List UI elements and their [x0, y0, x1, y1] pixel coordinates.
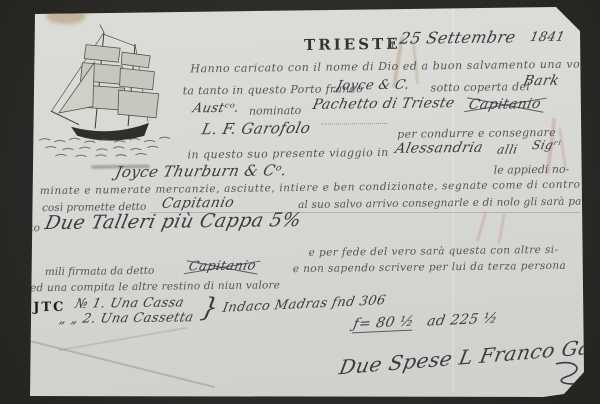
captain-name: L. F. Garofolo: [200, 119, 312, 138]
signature-flourish: [550, 359, 592, 390]
body-line-10: e per fede del vero sarà questa con altr…: [309, 244, 559, 259]
cargo-goods: Indaco Madras fnd 306: [221, 293, 387, 316]
sigri: Sigʳⁱ: [531, 138, 562, 152]
consignee-name: Joyce Thurburn & Cᵒ.: [114, 161, 289, 181]
cargo-weight-b: ad 225 ½: [426, 310, 499, 329]
body-line-7: minate e numerate mercanzie, asciutte, i…: [40, 178, 592, 197]
body-line-2b: sotto coperta del: [431, 80, 531, 94]
body-line-11a: mili firmata da detto: [45, 265, 155, 278]
body-line-3: nominato: [249, 104, 301, 118]
cargo-item-1: № 1. Una Cassa: [74, 295, 186, 311]
body-line-9: to: [29, 222, 40, 234]
body-line-11b: e non sapendo scrivere per lui da terza …: [293, 260, 566, 275]
freight-terms: Due Talleri più Cappa 5%: [43, 209, 303, 234]
vessel-name: Pachetto di Trieste: [311, 95, 456, 113]
cargo-item-2: „ „ 2. Una Cassetta: [58, 310, 195, 327]
destination: Alessandria: [394, 140, 485, 157]
ship-engraving: [34, 21, 188, 165]
body-line-8b: al suo salvo arrivo consegnarle e di nol…: [298, 195, 599, 211]
vessel-type: Bark: [522, 73, 561, 89]
dateline-li: li: [387, 37, 395, 51]
shipper-name: Joyce & C.: [335, 78, 411, 94]
cargo-weight-a: ƒ= 80 ½: [352, 314, 416, 334]
dateline-year: 1841: [528, 30, 566, 45]
dateline-day-month: 25 Settembre: [398, 27, 518, 47]
dotted-leader: [321, 123, 387, 125]
body-line-6: le appiedi no-: [494, 163, 570, 177]
document-paper: TRIESTE li 25 Settembre 1841 Hanno caric…: [0, 0, 600, 404]
alli: alli: [496, 142, 519, 156]
captain-title: Capitanio: [467, 96, 542, 113]
scan-backdrop: TRIESTE li 25 Settembre 1841 Hanno caric…: [0, 0, 600, 404]
body-line-4: per condurre e consegnare: [397, 126, 556, 141]
captain-title-3: Capitanio: [187, 259, 257, 275]
cargo-brace: }: [198, 293, 222, 323]
body-line-5: in questo suo presente viaggio in: [187, 146, 389, 161]
flag-abbrev: Austᶜᵒ.: [191, 101, 240, 117]
body-line-12: ed una compita le altre restino di niun …: [30, 279, 280, 294]
